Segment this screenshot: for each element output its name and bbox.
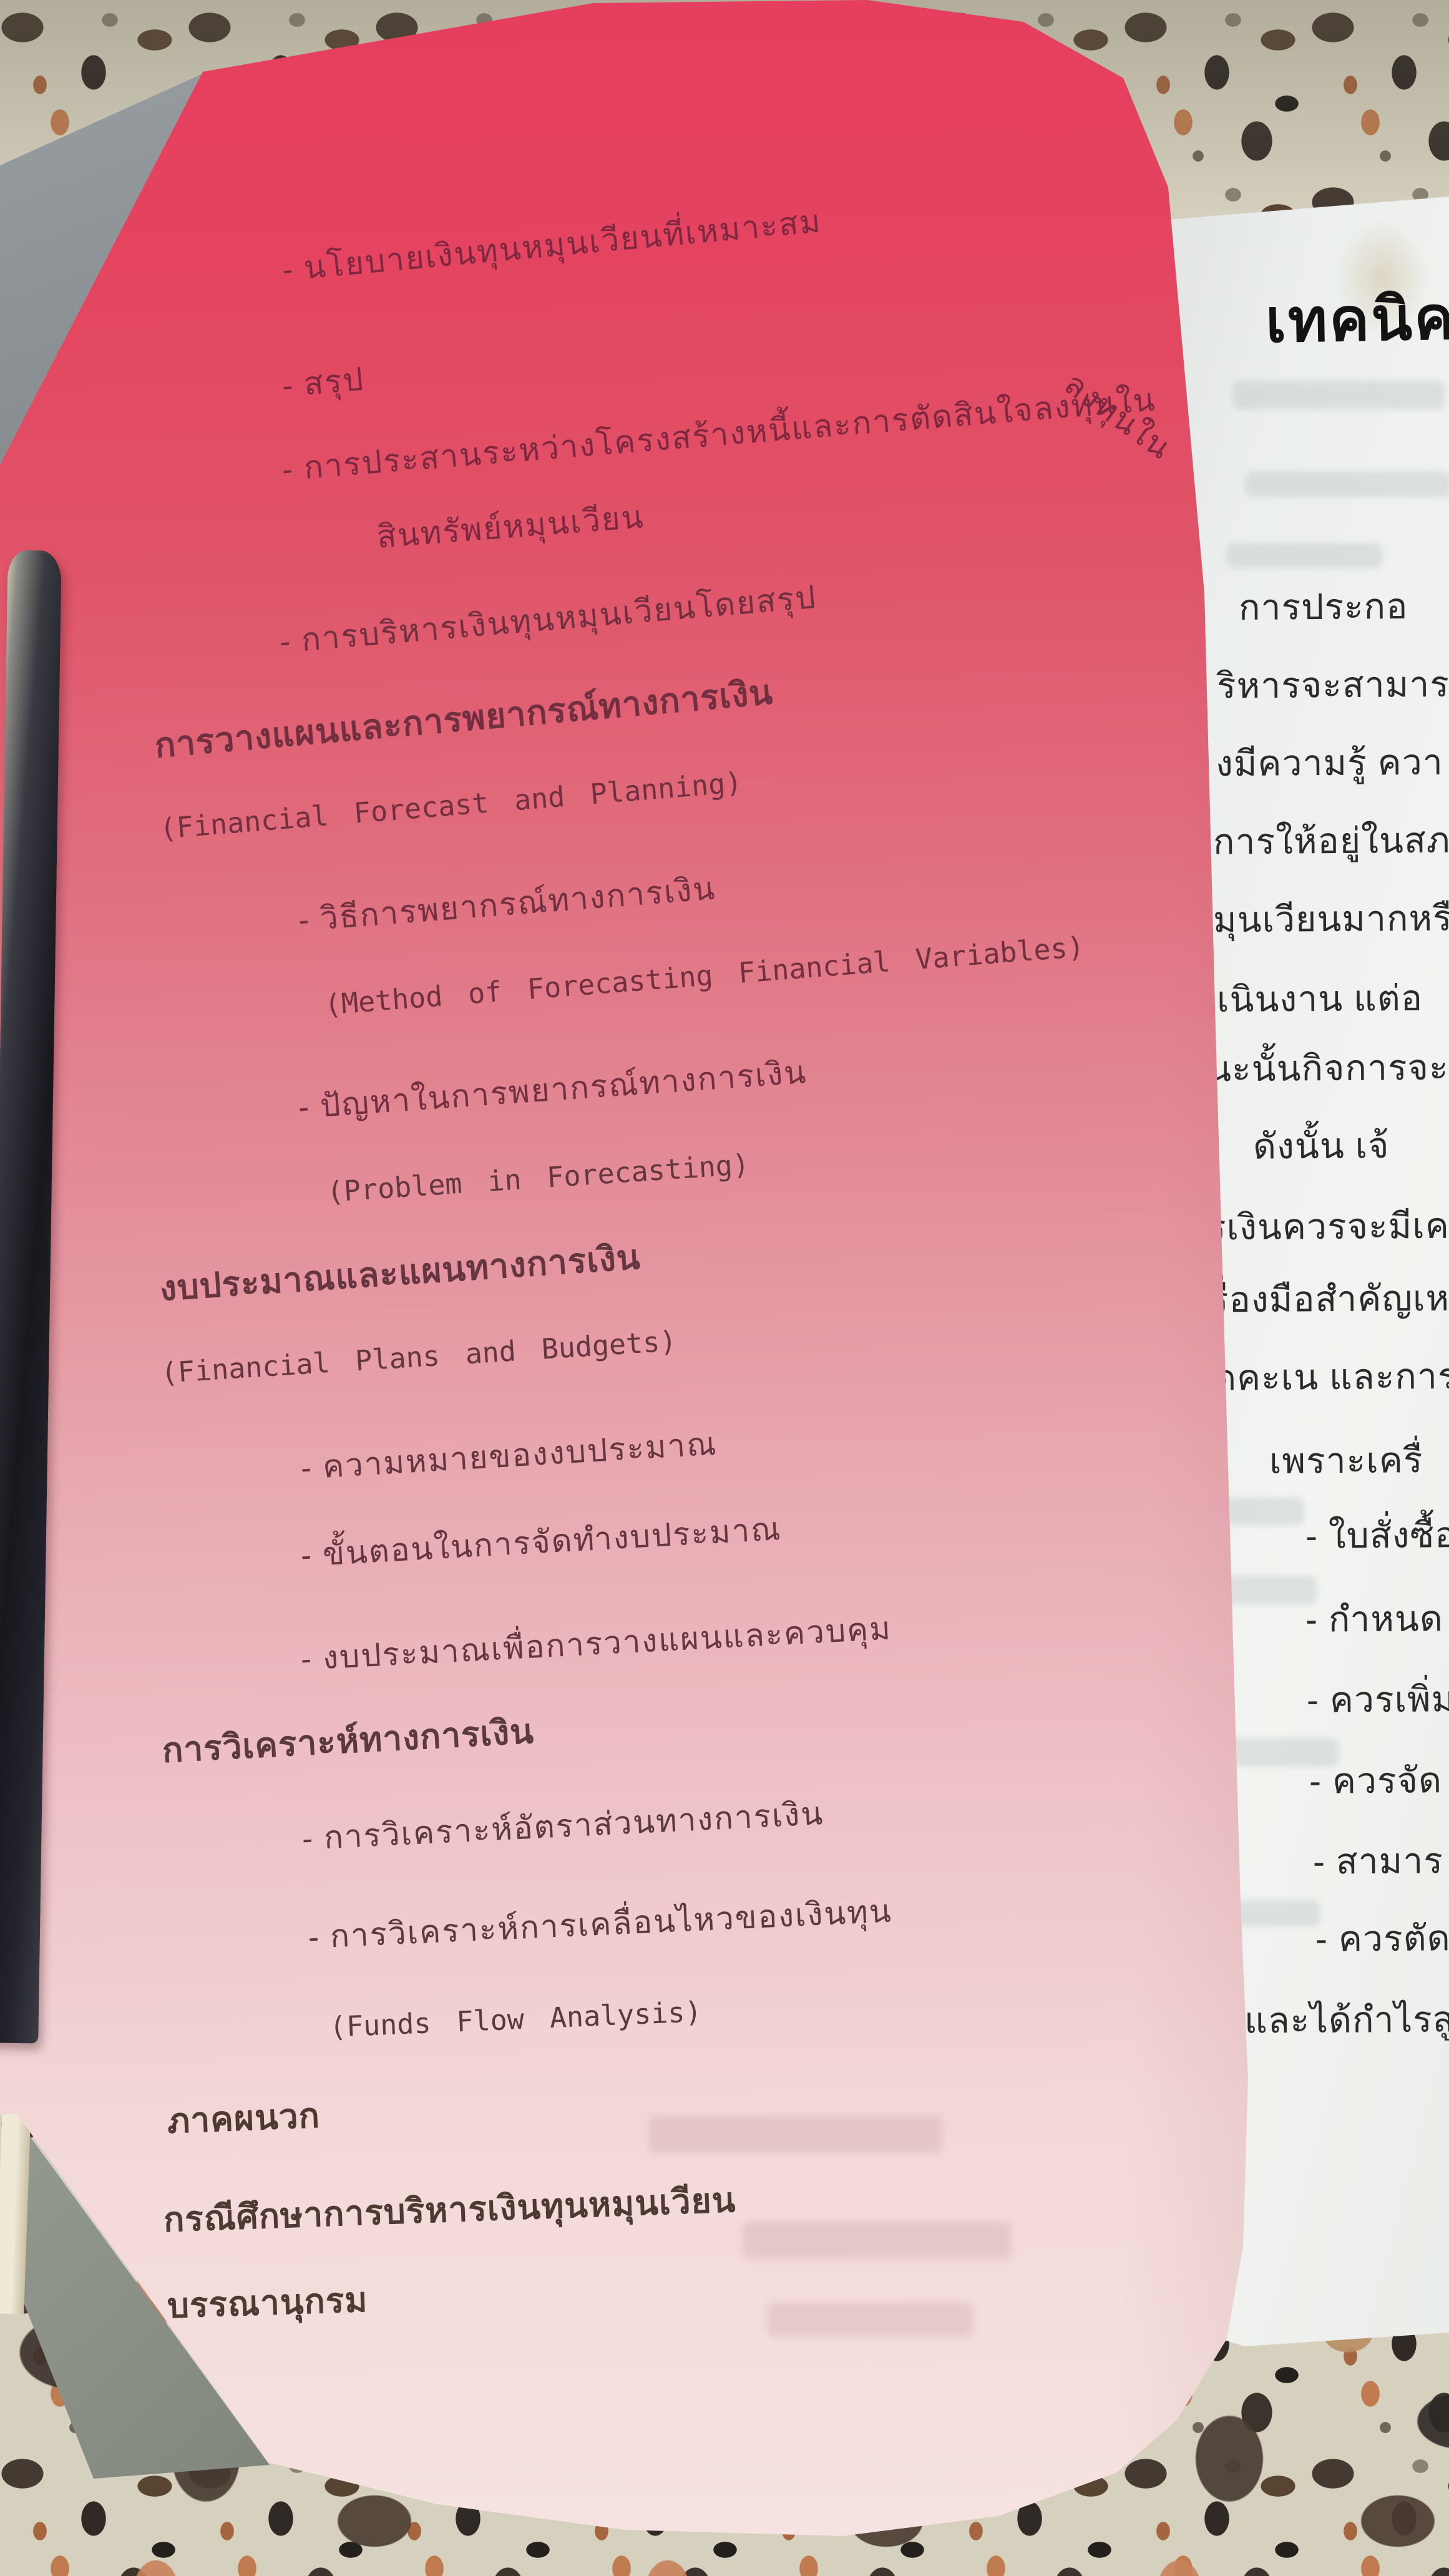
toc-line: การวางแผนและการพยากรณ์ทางการเงิน: [152, 665, 775, 773]
chapter-title-fragment: เทคนิค: [1265, 270, 1449, 368]
showthrough-mark: [768, 2303, 973, 2337]
white-page-line-fragment: และได้กำไรสูงสุ: [1244, 1991, 1449, 2049]
book-photo-scene: เทคนิค การประกอริหารจะสามารถบงมีความรู้ …: [0, 0, 1449, 2576]
white-page-line-fragment: รเงินควรจะมีเครื่: [1207, 1198, 1449, 1256]
white-page-line-fragment: ริหารจะสามารถบ: [1217, 656, 1449, 714]
toc-line: (Funds Flow Analysis): [329, 1995, 703, 2044]
showthrough-mark: [1232, 381, 1445, 409]
white-page-line-fragment: มุนเวียนมากหรือ: [1213, 890, 1449, 949]
toc-line: (Problem in Forecasting): [326, 1148, 750, 1209]
white-page-line-fragment: ดังนั้น เจ้: [1253, 1118, 1390, 1175]
toc-line: - นโยบายเงินทุนหมุนเวียนที่เหมาะสม: [280, 196, 824, 295]
toc-line: - การประสานระหว่างโครงสร้างหนี้และการตัด…: [280, 374, 1158, 494]
toc-line: บรรณานุกรม: [167, 2273, 369, 2333]
toc-line: - ความหมายของงบประมาณ: [300, 1418, 719, 1493]
toc-line: การวิเคราะห์ทางการเงิน: [161, 1704, 535, 1778]
toc-line: สินทรัพย์หมุนเวียน: [375, 491, 646, 562]
white-page-line-fragment: การประกอ: [1239, 578, 1408, 636]
toc-line: ภาคผนวก: [166, 2089, 321, 2149]
white-page-line-fragment: ดคะเน และการใ: [1213, 1349, 1449, 1407]
toc-line: (Financial Plans and Budgets): [160, 1324, 677, 1390]
toc-line: (Financial Forecast and Planning): [159, 766, 743, 846]
white-page-line-fragment: - กำหนด: [1305, 1591, 1444, 1648]
showthrough-mark: [743, 2222, 1011, 2259]
toc-line: งบประมาณและแผนทางการเงิน: [158, 1230, 642, 1316]
white-page-line-fragment: งมีความรู้ ควา: [1216, 734, 1443, 793]
white-page-line-fragment: - ควรเพิ่ม: [1307, 1671, 1449, 1729]
toc-line: - ขั้นตอนในการจัดทำงบประมาณ: [300, 1503, 783, 1581]
toc-line: - สรุป: [280, 354, 366, 411]
white-page-line-fragment: นะนั้นกิจการจะมี: [1207, 1040, 1449, 1098]
showthrough-mark: [649, 2115, 942, 2153]
toc-line: - วิธีการพยากรณ์ทางการเงิน: [296, 863, 718, 945]
white-page-line-fragment: - ควรจัด: [1309, 1752, 1443, 1809]
white-page-line-fragment: เนินงาน แต่อ: [1217, 970, 1423, 1028]
toc-line: กรณีศึกษาการบริหารเงินทุนหมุนเวียน: [162, 2173, 736, 2247]
white-page-line-fragment: การให้อยู่ในสภา: [1213, 812, 1449, 871]
white-page-line-fragment: - ควรตัด: [1315, 1910, 1449, 1968]
white-page-line-fragment: รื่องมือสำคัญเหล: [1209, 1271, 1449, 1329]
toc-line: - การวิเคราะห์อัตราส่วนทางการเงิน: [301, 1788, 825, 1864]
toc-line: - งบประมาณเพื่อการวางแผนและควบคุม: [300, 1603, 893, 1684]
toc-line: - การบริหารเงินทุนหมุนเวียนโดยสรุป: [278, 572, 819, 667]
white-page-line-fragment: - ใบสั่งซื้อ: [1305, 1507, 1449, 1564]
toc-line: - การวิเคราะห์การเคลื่อนไหวของเงินทุน: [307, 1886, 893, 1963]
showthrough-mark: [1226, 543, 1382, 568]
toc-line: - ปัญหาในการพยากรณ์ทางการเงิน: [296, 1046, 809, 1133]
white-page-line-fragment: - สามาร: [1313, 1833, 1443, 1890]
toc-line: (Method of Forecasting Financial Variabl…: [323, 930, 1085, 1022]
white-page-line-fragment: เพราะเครื่: [1269, 1432, 1423, 1490]
showthrough-mark: [1245, 471, 1449, 497]
